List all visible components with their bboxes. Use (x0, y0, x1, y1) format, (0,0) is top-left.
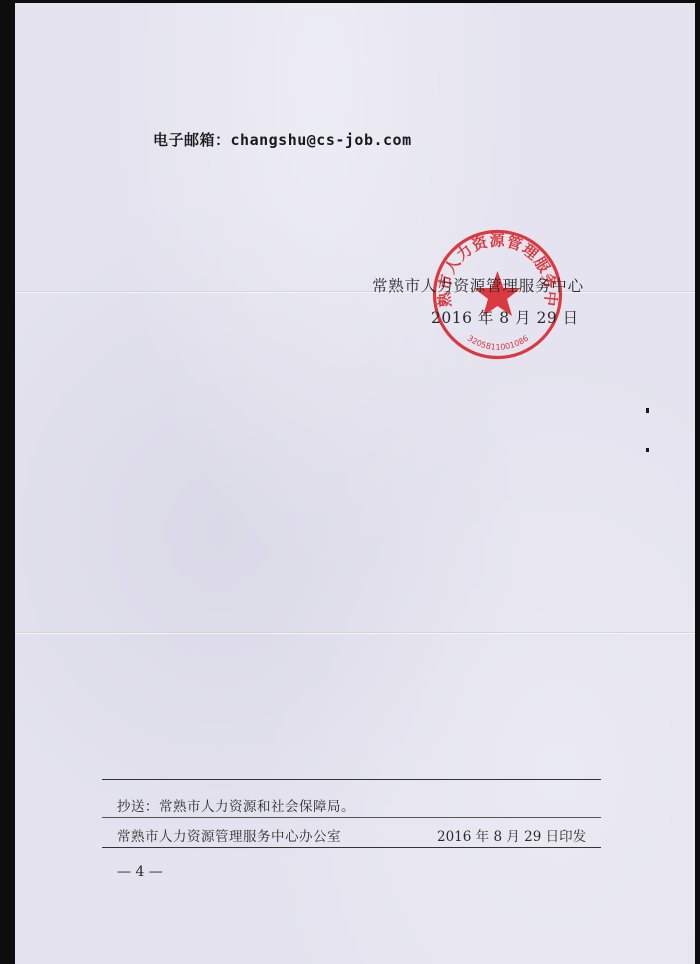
signing-date: 2016 年 8 月 29 日 (431, 306, 579, 328)
footer-divider-bottom (102, 847, 601, 848)
fold-crease (15, 632, 695, 635)
signing-organization: 常熟市人力资源管理服务中心 (372, 274, 584, 296)
email-label: 电子邮箱： (153, 131, 231, 149)
issue-date: 2016 年 8 月 29 日印发 (437, 825, 586, 845)
cc-recipient: 常熟市人力资源和社会保障局。 (159, 799, 355, 815)
issuing-office: 常熟市人力资源管理服务中心办公室 (117, 825, 341, 845)
scan-mark (646, 408, 649, 413)
cc-label: 抄送： (117, 799, 159, 815)
email-line: 电子邮箱：changshu@cs-job.com (153, 129, 412, 150)
footer-divider-top (102, 779, 601, 780)
email-address: changshu@cs-job.com (231, 131, 412, 149)
seal-serial: 3205811001086 (466, 334, 530, 352)
page-number: — 4 — (117, 864, 163, 880)
footer-divider-middle (102, 817, 601, 818)
cc-line: 抄送：常熟市人力资源和社会保障局。 (117, 795, 355, 815)
fold-crease (15, 291, 695, 294)
scan-mark (646, 448, 649, 452)
svg-text:3205811001086: 3205811001086 (466, 334, 530, 352)
